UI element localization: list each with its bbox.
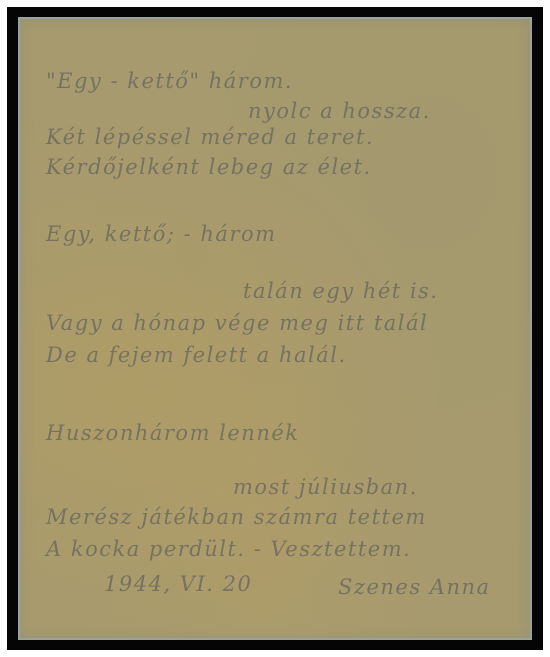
poem-line: De a fejem felett a halál. bbox=[46, 343, 347, 367]
poem-line: Kérdőjelként lebeg az élet. bbox=[46, 155, 372, 179]
poem-line: talán egy hét is. bbox=[243, 279, 439, 303]
manuscript-paper: "Egy - kettő" három. nyolc a hossza. Két… bbox=[18, 17, 532, 640]
poem-line: Huszonhárom lennék bbox=[46, 421, 300, 445]
poem-line: Merész játékban számra tettem bbox=[46, 505, 427, 529]
poem-line: A kocka perdült. - Vesztettem. bbox=[46, 537, 411, 561]
poem-line: Két lépéssel méred a teret. bbox=[46, 125, 374, 149]
poem-line: most júliusban. bbox=[233, 475, 418, 499]
signature: Szenes Anna bbox=[338, 575, 491, 599]
poem-line: Egy, kettő; - három bbox=[46, 222, 277, 246]
poem-line: Vagy a hónap vége meg itt talál bbox=[46, 311, 428, 335]
poem-line: "Egy - kettő" három. bbox=[46, 69, 293, 93]
black-frame: "Egy - kettő" három. nyolc a hossza. Két… bbox=[7, 7, 543, 650]
date: 1944, VI. 20 bbox=[104, 572, 252, 596]
poem-line: nyolc a hossza. bbox=[248, 99, 431, 123]
